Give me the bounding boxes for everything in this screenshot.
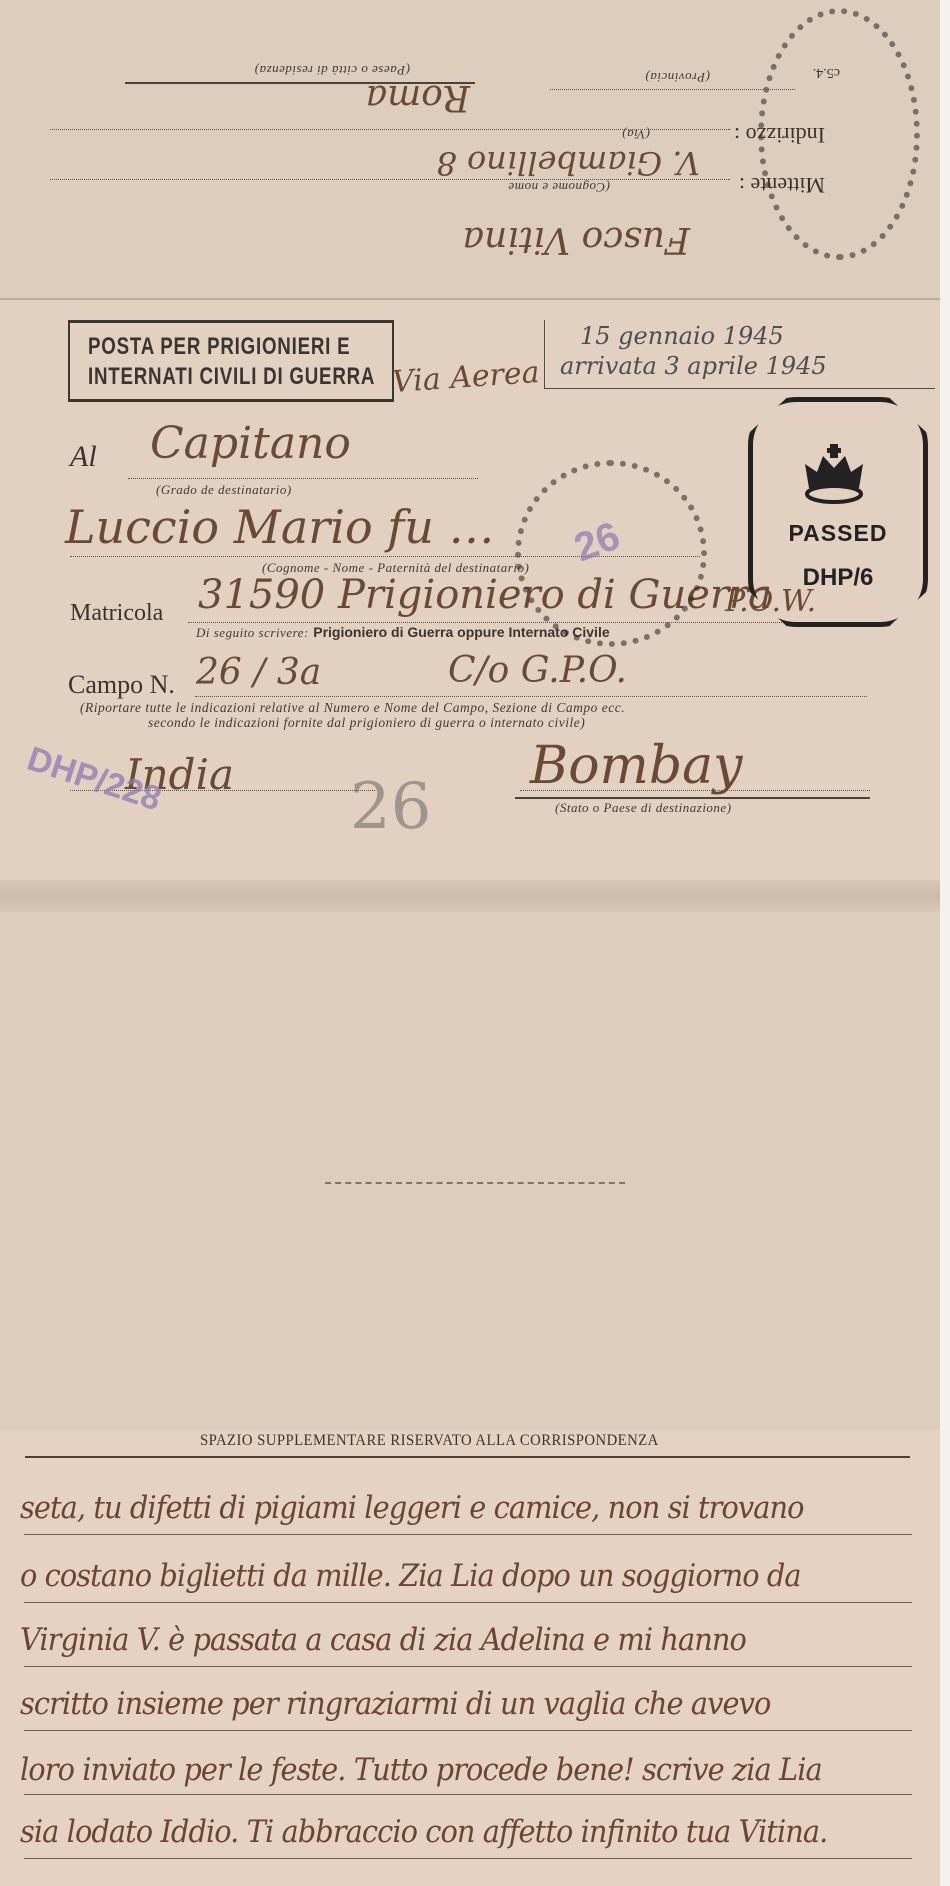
- matricola-line: [188, 622, 868, 623]
- date-arrived: arrivata 3 aprile 1945: [560, 352, 827, 380]
- correspondence-panel: SPAZIO SUPPLEMENTARE RISERVATO ALLA CORR…: [0, 1430, 940, 1886]
- censor-stamp: PASSED DHP/6: [748, 397, 928, 627]
- sender-name: Fusco Vitina: [463, 219, 690, 260]
- letter-rule-1: [24, 1534, 912, 1535]
- sender-flap-rotated: c5.4. Mittente : Indirizzo : (Cognome e …: [0, 0, 940, 300]
- mittente-label: Mittente :: [739, 172, 825, 198]
- paese-caption: (Paese o città di residenza): [254, 62, 410, 78]
- campo-label: Campo N.: [68, 670, 175, 700]
- provincia-line: [550, 89, 795, 90]
- rank-caption: (Grado de destinatario): [156, 482, 292, 498]
- provincia-caption: (Provincia): [645, 69, 710, 85]
- paese-line: [125, 82, 475, 84]
- via-caption: (Via): [622, 126, 650, 142]
- letter-line-3: Virginia V. è passata a casa di zia Adel…: [20, 1622, 746, 1658]
- via-aerea-note: Via Aerea: [391, 355, 541, 400]
- section-heading: SPAZIO SUPPLEMENTARE RISERVATO ALLA CORR…: [200, 1432, 659, 1450]
- sender-flap: c5.4. Mittente : Indirizzo : (Cognome e …: [0, 0, 940, 300]
- campo-extra: C/o G.P.O.: [448, 650, 627, 691]
- heading-rule: [25, 1456, 910, 1458]
- header-line-1: POSTA PER PRIGIONIERI E: [88, 333, 350, 361]
- letter-line-2: o costano biglietti da mille. Zia Lia do…: [20, 1558, 801, 1594]
- city-line: [515, 797, 870, 799]
- indirizzo-label: Indirizzo :: [734, 122, 825, 148]
- country-caption: (Stato o Paese di destinazione): [555, 800, 732, 816]
- header-line-2: INTERNATI CIVILI DI GUERRA: [88, 363, 375, 391]
- fold-strip: [0, 880, 940, 912]
- matricola-caption-italic: Di seguito scrivere:: [196, 625, 309, 640]
- al-prefix: Al: [70, 440, 97, 474]
- passed-label: PASSED: [753, 520, 923, 547]
- date-sent: 15 gennaio 1945: [580, 322, 784, 350]
- letter-rule-5: [24, 1794, 912, 1795]
- city-line-dotted: [520, 790, 870, 791]
- recipient-rank: Capitano: [150, 418, 351, 469]
- campo-caption-1: (Riportare tutte le indicazioni relative…: [80, 700, 625, 716]
- sender-street: V. Giambellino 8: [436, 144, 700, 182]
- destination-city: Bombay: [530, 736, 743, 796]
- letter-line-4: scritto insieme per ringraziarmi di un v…: [20, 1686, 770, 1722]
- letter-line-1: seta, tu difetti di pigiami leggeri e ca…: [20, 1490, 804, 1526]
- tear-mark: [325, 1182, 625, 1187]
- campo-line: [195, 696, 867, 697]
- letter-rule-3: [24, 1666, 912, 1667]
- rank-line: [128, 478, 478, 479]
- matricola-label: Matricola: [70, 600, 163, 627]
- letter-rule-2: [24, 1602, 912, 1603]
- recipient-name: Luccio Mario fu …: [65, 500, 495, 554]
- postmark-date: c5.4.: [813, 64, 840, 80]
- letter-sheet: c5.4. Mittente : Indirizzo : (Cognome e …: [0, 0, 940, 1886]
- campo-caption-2: secondo le indicazioni fornite dal prigi…: [148, 715, 585, 731]
- letter-rule-6: [24, 1858, 912, 1859]
- pencil-number: 26: [350, 770, 431, 844]
- letter-rule-4: [24, 1730, 912, 1731]
- campo-value: 26 / 3a: [196, 652, 321, 693]
- header-box: POSTA PER PRIGIONIERI E INTERNATI CIVILI…: [68, 320, 394, 402]
- letter-line-6: sia lodato Iddio. Ti abbraccio con affet…: [20, 1814, 827, 1850]
- blank-panel: [0, 912, 940, 1432]
- crown-icon: [801, 442, 867, 508]
- matricola-caption: Di seguito scrivere: Prigioniero di Guer…: [196, 624, 610, 641]
- letter-line-5: loro inviato per le feste. Tutto procede…: [20, 1752, 822, 1788]
- censor-code: DHP/6: [753, 564, 923, 592]
